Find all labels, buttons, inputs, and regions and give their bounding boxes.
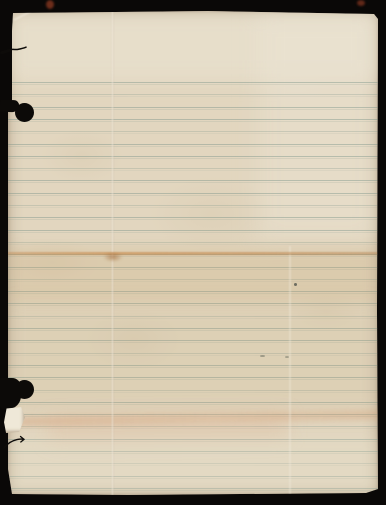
paper-sheet	[8, 11, 378, 495]
rule-line	[8, 340, 378, 341]
rule-line	[8, 402, 378, 403]
rule-line	[8, 316, 378, 317]
rule-line	[8, 476, 378, 477]
rule-line	[8, 144, 378, 145]
rule-line	[8, 254, 378, 255]
rule-line	[8, 463, 378, 464]
rule-line	[8, 119, 378, 120]
ruled-lines	[8, 11, 378, 495]
rule-line	[8, 414, 378, 415]
rule-line	[8, 168, 378, 169]
rule-line	[8, 131, 378, 132]
rule-line	[8, 303, 378, 304]
rule-line	[8, 488, 378, 489]
rule-line	[8, 94, 378, 95]
rule-line	[8, 426, 378, 427]
rule-line	[8, 217, 378, 218]
rule-line	[8, 242, 378, 243]
rule-line	[8, 156, 378, 157]
rule-line	[8, 365, 378, 366]
rule-line	[8, 230, 378, 231]
rule-line	[8, 279, 378, 280]
rust-spot-left	[46, 0, 54, 9]
rule-line	[8, 353, 378, 354]
rule-line	[8, 451, 378, 452]
rule-line	[8, 107, 378, 108]
rule-line	[8, 82, 378, 83]
rule-line	[8, 205, 378, 206]
rule-line	[8, 377, 378, 378]
rule-line	[8, 328, 378, 329]
rule-line	[8, 291, 378, 292]
ink-squiggle-bottom	[3, 435, 27, 449]
rust-spot-right	[357, 0, 365, 6]
rule-line	[8, 193, 378, 194]
rule-line	[8, 439, 378, 440]
binder-mark-bottom-knob	[15, 380, 34, 399]
scanner-background	[0, 0, 386, 505]
ink-squiggle-top	[0, 44, 28, 58]
rule-line	[8, 267, 378, 268]
rule-line	[8, 390, 378, 391]
binder-mark-top-knob	[15, 103, 34, 122]
rule-line	[8, 180, 378, 181]
